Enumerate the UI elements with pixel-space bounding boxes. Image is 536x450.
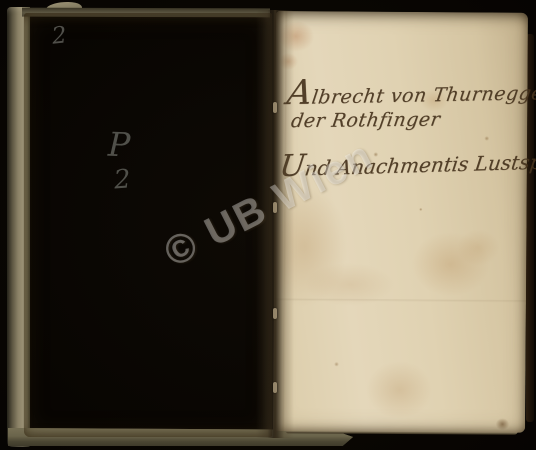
left-page: 2 P 2 xyxy=(24,13,272,437)
pencil-shelfmark-number: 2 xyxy=(113,164,132,195)
pencil-shelfmark-letter: P xyxy=(107,125,131,165)
book-gutter xyxy=(256,10,294,438)
binding-stitch xyxy=(273,308,277,319)
manuscript-scan: 2 P 2 Albrecht von Thurneggen der Rothfi… xyxy=(0,0,536,450)
pencil-corner-number: 2 xyxy=(51,22,68,49)
handwriting-line-3: Und Anachmentis Lustspiel xyxy=(278,141,536,184)
handwriting-line-2: der Rothfinger xyxy=(290,109,442,133)
handwritten-title: Albrecht von Thurneggen der Rothfinger U… xyxy=(273,11,528,433)
binding-stitch xyxy=(273,202,277,213)
binding-stitch xyxy=(273,382,277,393)
binding-stitch xyxy=(273,102,277,113)
right-page: Albrecht von Thurneggen der Rothfinger U… xyxy=(273,11,528,433)
handwriting-line-1: Albrecht von Thurneggen xyxy=(285,68,536,113)
